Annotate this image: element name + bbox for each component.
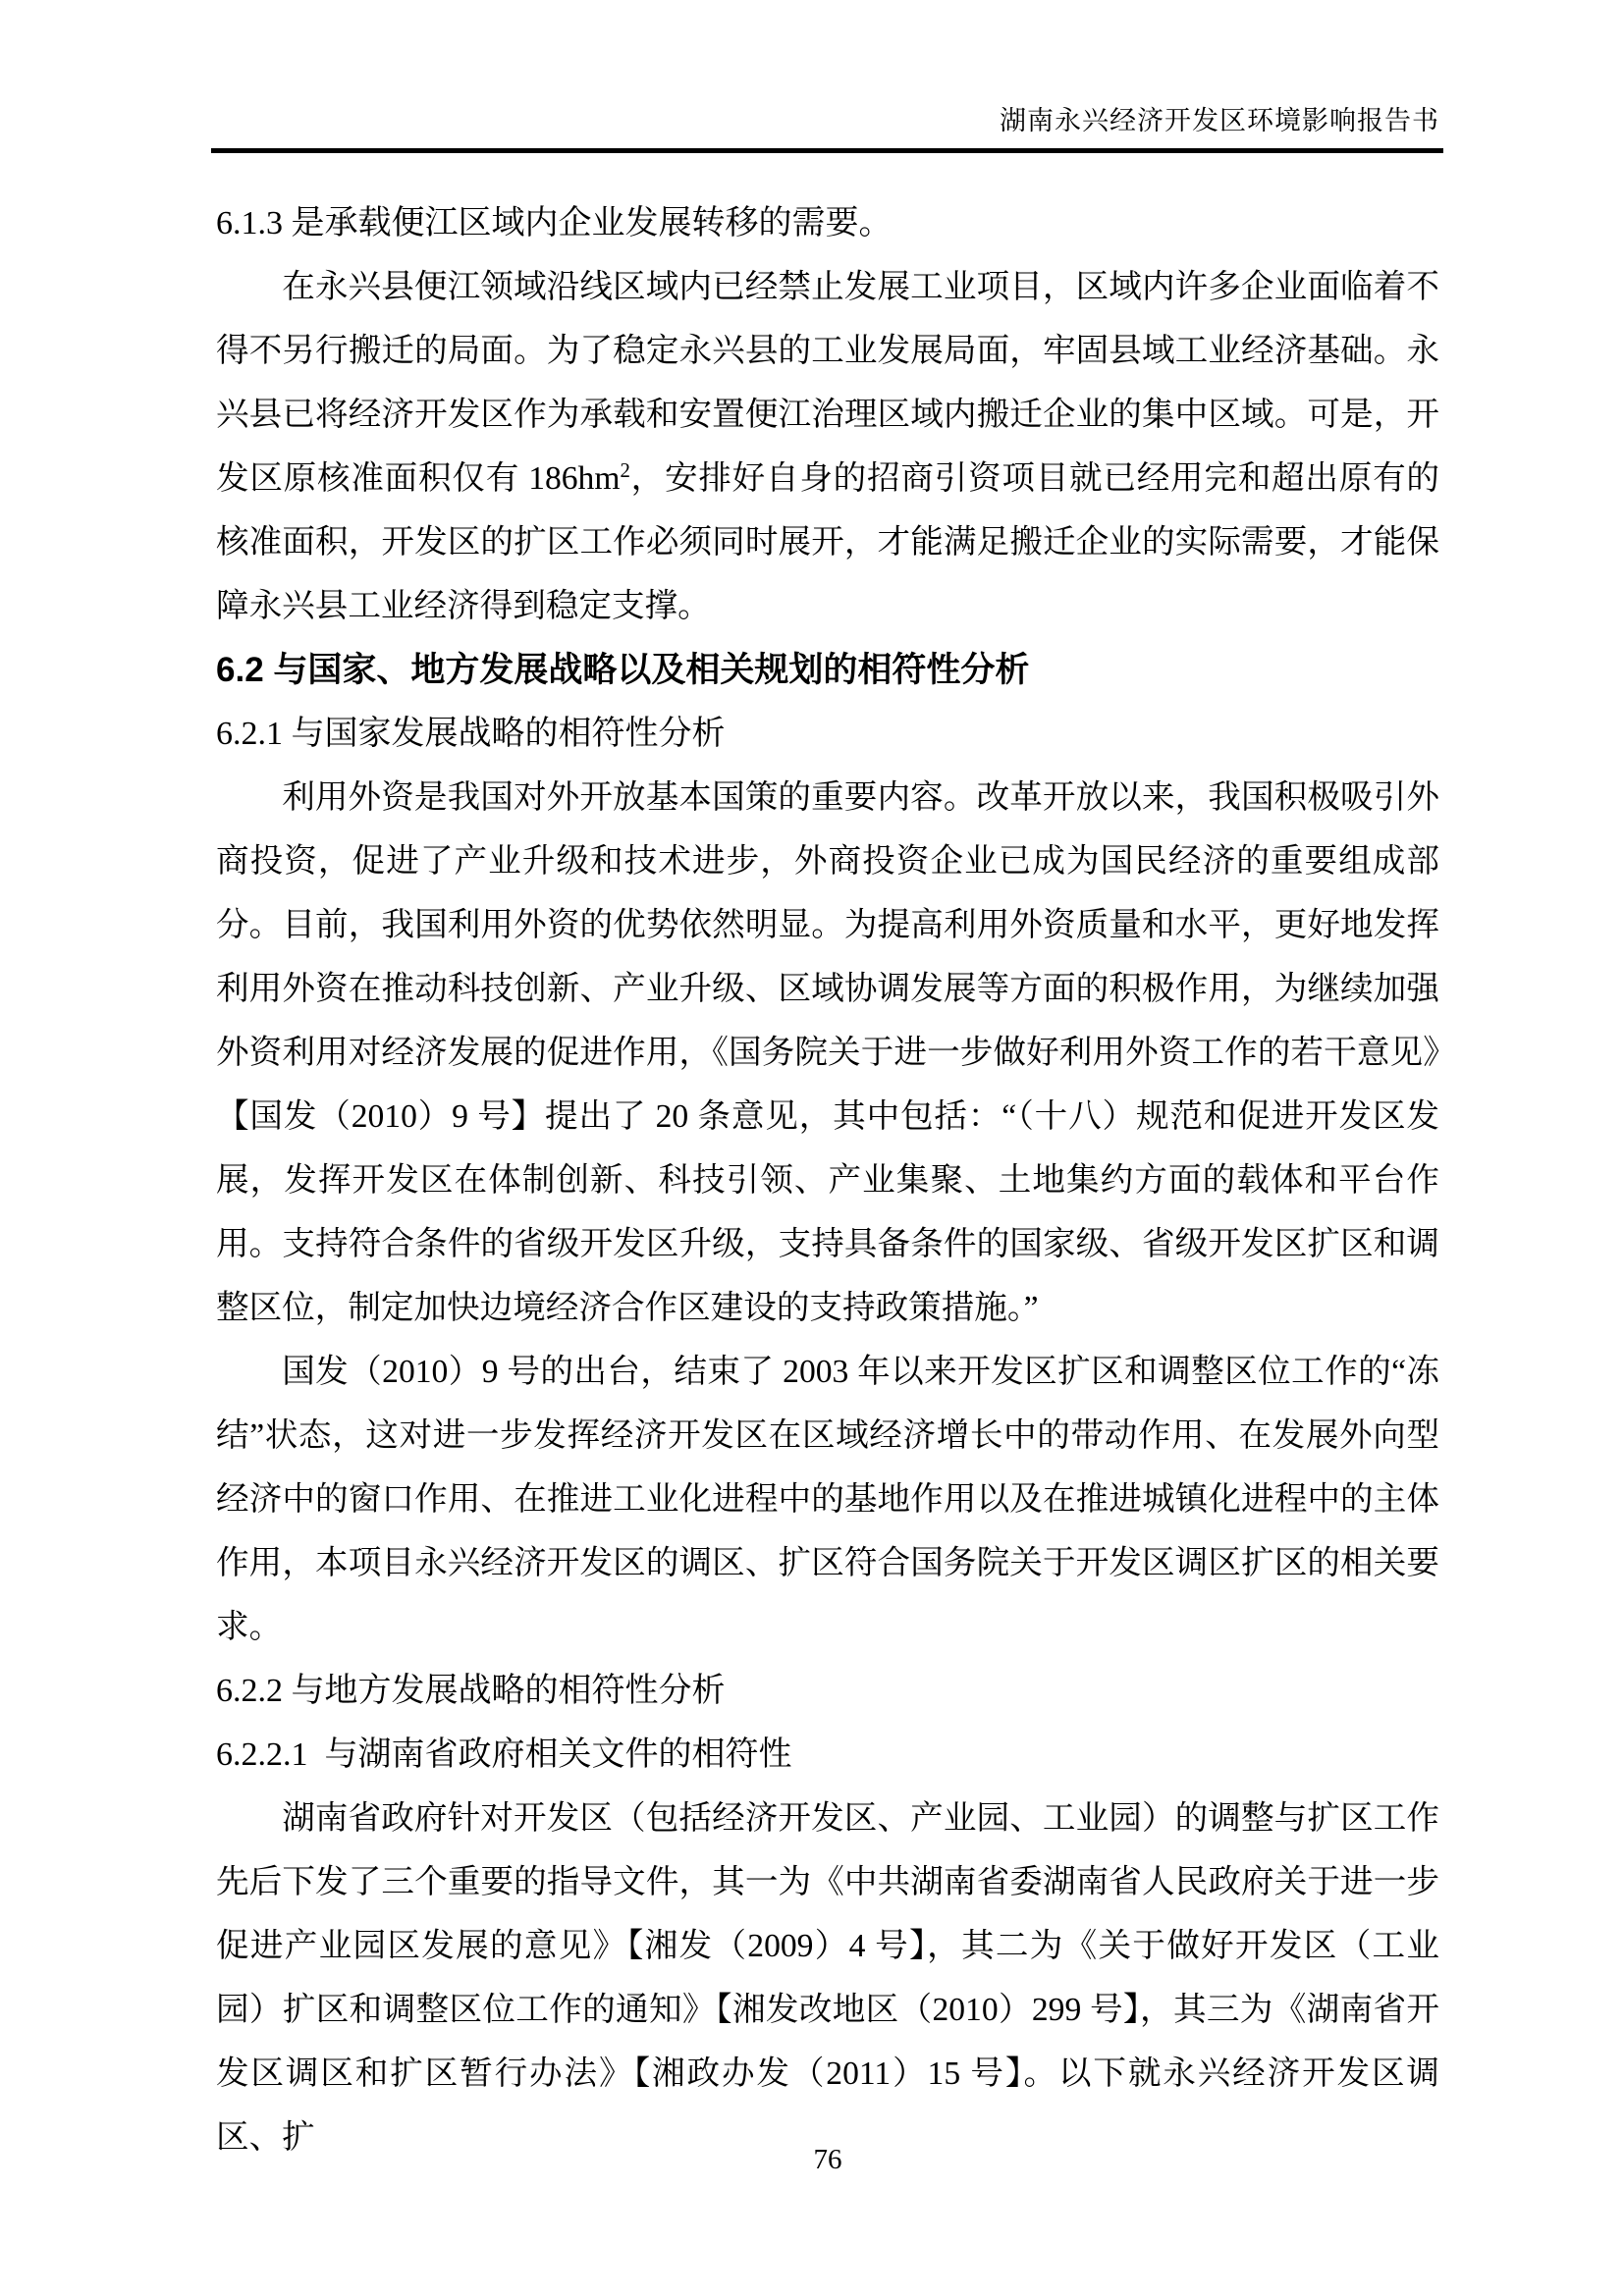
section-heading-6-2-2-1: 6.2.2.1 与湖南省政府相关文件的相符性 (216, 1723, 1439, 1787)
page-header-title: 湖南永兴经济开发区环境影响报告书 (216, 104, 1439, 138)
superscript-2: 2 (620, 458, 629, 482)
section-heading-6-2-2: 6.2.2 与地方发展战略的相符性分析 (216, 1659, 1439, 1723)
document-page: 湖南永兴经济开发区环境影响报告书 6.1.3 是承载便江区域内企业发展转移的需要… (0, 0, 1624, 2296)
section-heading-6-1-3: 6.1.3 是承载便江区域内企业发展转移的需要。 (216, 191, 1439, 255)
page-number: 76 (216, 2143, 1439, 2177)
section-heading-6-2: 6.2 与国家、地方发展战略以及相关规划的相符性分析 (216, 638, 1439, 702)
document-body: 6.1.3 是承载便江区域内企业发展转移的需要。 在永兴县便江领域沿线区域内已经… (216, 191, 1439, 2169)
section-heading-6-2-1: 6.2.1 与国家发展战略的相符性分析 (216, 702, 1439, 766)
paragraph-4: 湖南省政府针对开发区（包括经济开发区、产业园、工业园）的调整与扩区工作先后下发了… (216, 1787, 1439, 2169)
paragraph-1: 在永兴县便江领域沿线区域内已经禁止发展工业项目，区域内许多企业面临着不得不另行搬… (216, 255, 1439, 638)
header-rule (211, 148, 1443, 153)
paragraph-3: 国发（2010）9 号的出台，结束了 2003 年以来开发区扩区和调整区位工作的… (216, 1340, 1439, 1659)
paragraph-2: 利用外资是我国对外开放基本国策的重要内容。改革开放以来，我国积极吸引外商投资，促… (216, 766, 1439, 1340)
